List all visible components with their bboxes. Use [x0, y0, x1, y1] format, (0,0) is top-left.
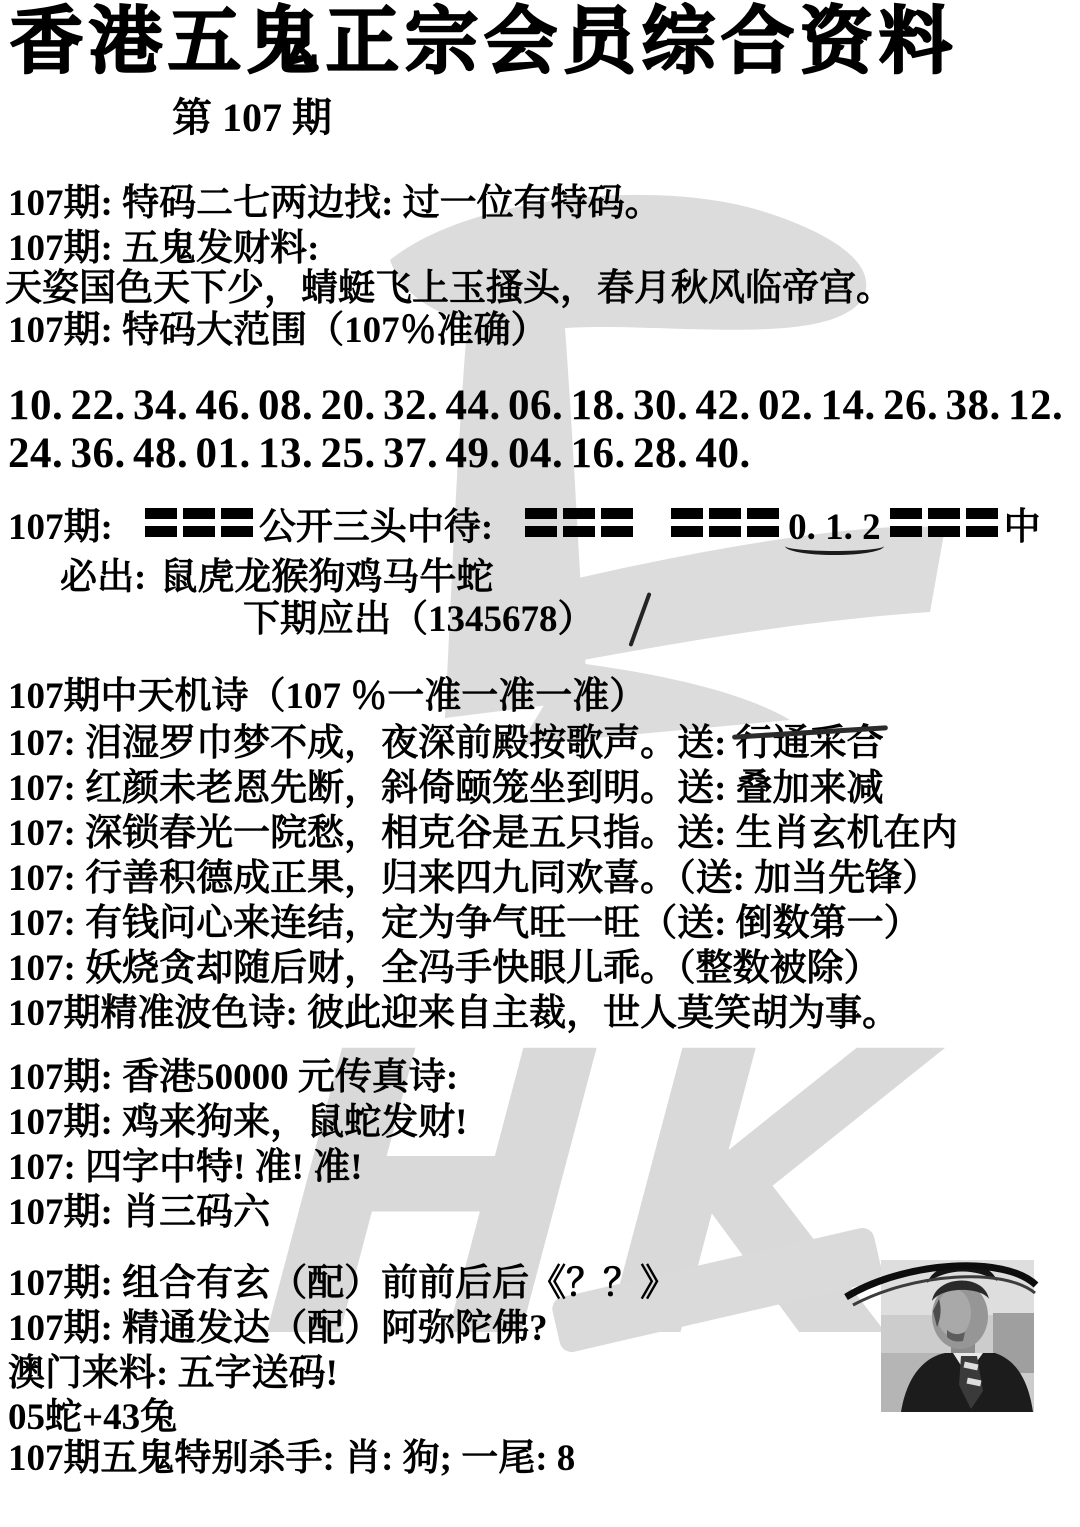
next-issue-line: 下期应出（1345678）: [243, 598, 595, 642]
page-title: 香港五鬼正宗会员综合资料: [10, 0, 958, 84]
snake-rabbit-line: 05蛇+43兔: [8, 1396, 177, 1440]
intro-line-4: 107期: 特码大范围（107％准确）: [8, 309, 548, 353]
underlined-heads-value: 0. 1. 2: [785, 506, 884, 555]
three-heads-suffix: 中: [1004, 507, 1041, 548]
fax-line-3: 107: 四字中特! 准! 准!: [8, 1146, 363, 1190]
tianji-poem-3: 107: 深锁春光一院愁，相克谷是五只指。送: 生肖玄机在内: [8, 812, 958, 856]
double-bar-block-icon: [601, 508, 633, 537]
tianji-poem-5: 107: 有钱问心来连结，定为争气旺一旺（送: 倒数第一）: [8, 902, 921, 946]
block-group-1: [142, 506, 256, 550]
three-heads-line: 107期:公开三头中待:0. 1. 2中: [8, 506, 1041, 555]
double-bar-block-icon: [890, 508, 922, 537]
combo-line-2: 107期: 精通发达（配）阿弥陀佛?: [8, 1307, 548, 1351]
block-group-4: [887, 506, 1001, 550]
fax-line-4: 107期: 肖三码六: [8, 1191, 270, 1235]
macau-line: 澳门来料: 五字送码!: [8, 1352, 338, 1396]
three-heads-open-label: 公开三头中待:: [259, 507, 493, 548]
killer-line: 107期五鬼特别杀手: 肖: 狗; 一尾: 8: [8, 1437, 575, 1481]
intro-line-1: 107期: 特码二七两边找: 过一位有特码。: [8, 182, 662, 226]
fax-line-2: 107期: 鸡来狗来，鼠蛇发财!: [8, 1101, 467, 1145]
poem-text: 107: 泪湿罗巾梦不成，夜深前殿按歌声。送:: [8, 723, 736, 764]
double-bar-block-icon: [221, 508, 253, 537]
double-bar-block-icon: [183, 508, 215, 537]
double-bar-block-icon: [525, 508, 557, 537]
double-bar-block-icon: [747, 508, 779, 537]
tianji-header: 107期中天机诗（107 ％一准一准一准）: [8, 675, 646, 719]
portrait-photo: [843, 1253, 1039, 1419]
double-bar-block-icon: [709, 508, 741, 537]
block-group-2: [522, 506, 636, 550]
fax-line-1: 107期: 香港50000 元传真诗:: [8, 1056, 458, 1100]
must-out-line: 必出:鼠虎龙猴狗鸡马牛蛇: [60, 556, 493, 600]
intro-line-2: 107期: 五鬼发财料:: [8, 227, 319, 271]
combo-line-1: 107期: 组合有玄（配）前前后后《？？》: [8, 1262, 677, 1306]
three-heads-prefix: 107期:: [8, 507, 113, 548]
tianji-poem-6: 107: 妖烧贪却随后财，全冯手快眼儿乖。（整数被除）: [8, 947, 881, 991]
block-group-3: [668, 506, 782, 550]
tianji-poem-2: 107: 红颜未老恩先断，斜倚颐笼坐到明。送: 叠加来减: [8, 767, 884, 811]
bose-poem-line: 107期精准波色诗: 彼此迎来自主裁，世人莫笑胡为事。: [8, 992, 899, 1036]
double-bar-block-icon: [145, 508, 177, 537]
must-out-label: 必出:: [60, 557, 146, 598]
struck-gift-text: 行通采合: [736, 722, 884, 766]
double-bar-block-icon: [928, 508, 960, 537]
slash-mark: [628, 592, 651, 647]
intro-poem-line: 天姿国色天下少，蜻蜓飞上玉搔头，春月秋风临帝宫。: [5, 267, 893, 311]
lottery-flyer-page: HK 香港五鬼正宗会员综合资料 第 107 期 107期: 特码二七两边找: 过…: [0, 0, 1080, 1527]
number-row-2: 24. 36. 48. 01. 13. 25. 37. 49. 04. 16. …: [8, 429, 751, 480]
double-bar-block-icon: [966, 508, 998, 537]
must-out-zodiacs: 鼠虎龙猴狗鸡马牛蛇: [160, 557, 493, 598]
number-row-1: 10. 22. 34. 46. 08. 20. 32. 44. 06. 18. …: [8, 381, 1063, 432]
tianji-poem-1: 107: 泪湿罗巾梦不成，夜深前殿按歌声。送: 行通采合: [8, 722, 884, 766]
double-bar-block-icon: [563, 508, 595, 537]
issue-number-label: 第 107 期: [172, 94, 332, 141]
double-bar-block-icon: [671, 508, 703, 537]
tianji-poem-4: 107: 行善积德成正果，归来四九同欢喜。（送: 加当先锋）: [8, 857, 939, 901]
